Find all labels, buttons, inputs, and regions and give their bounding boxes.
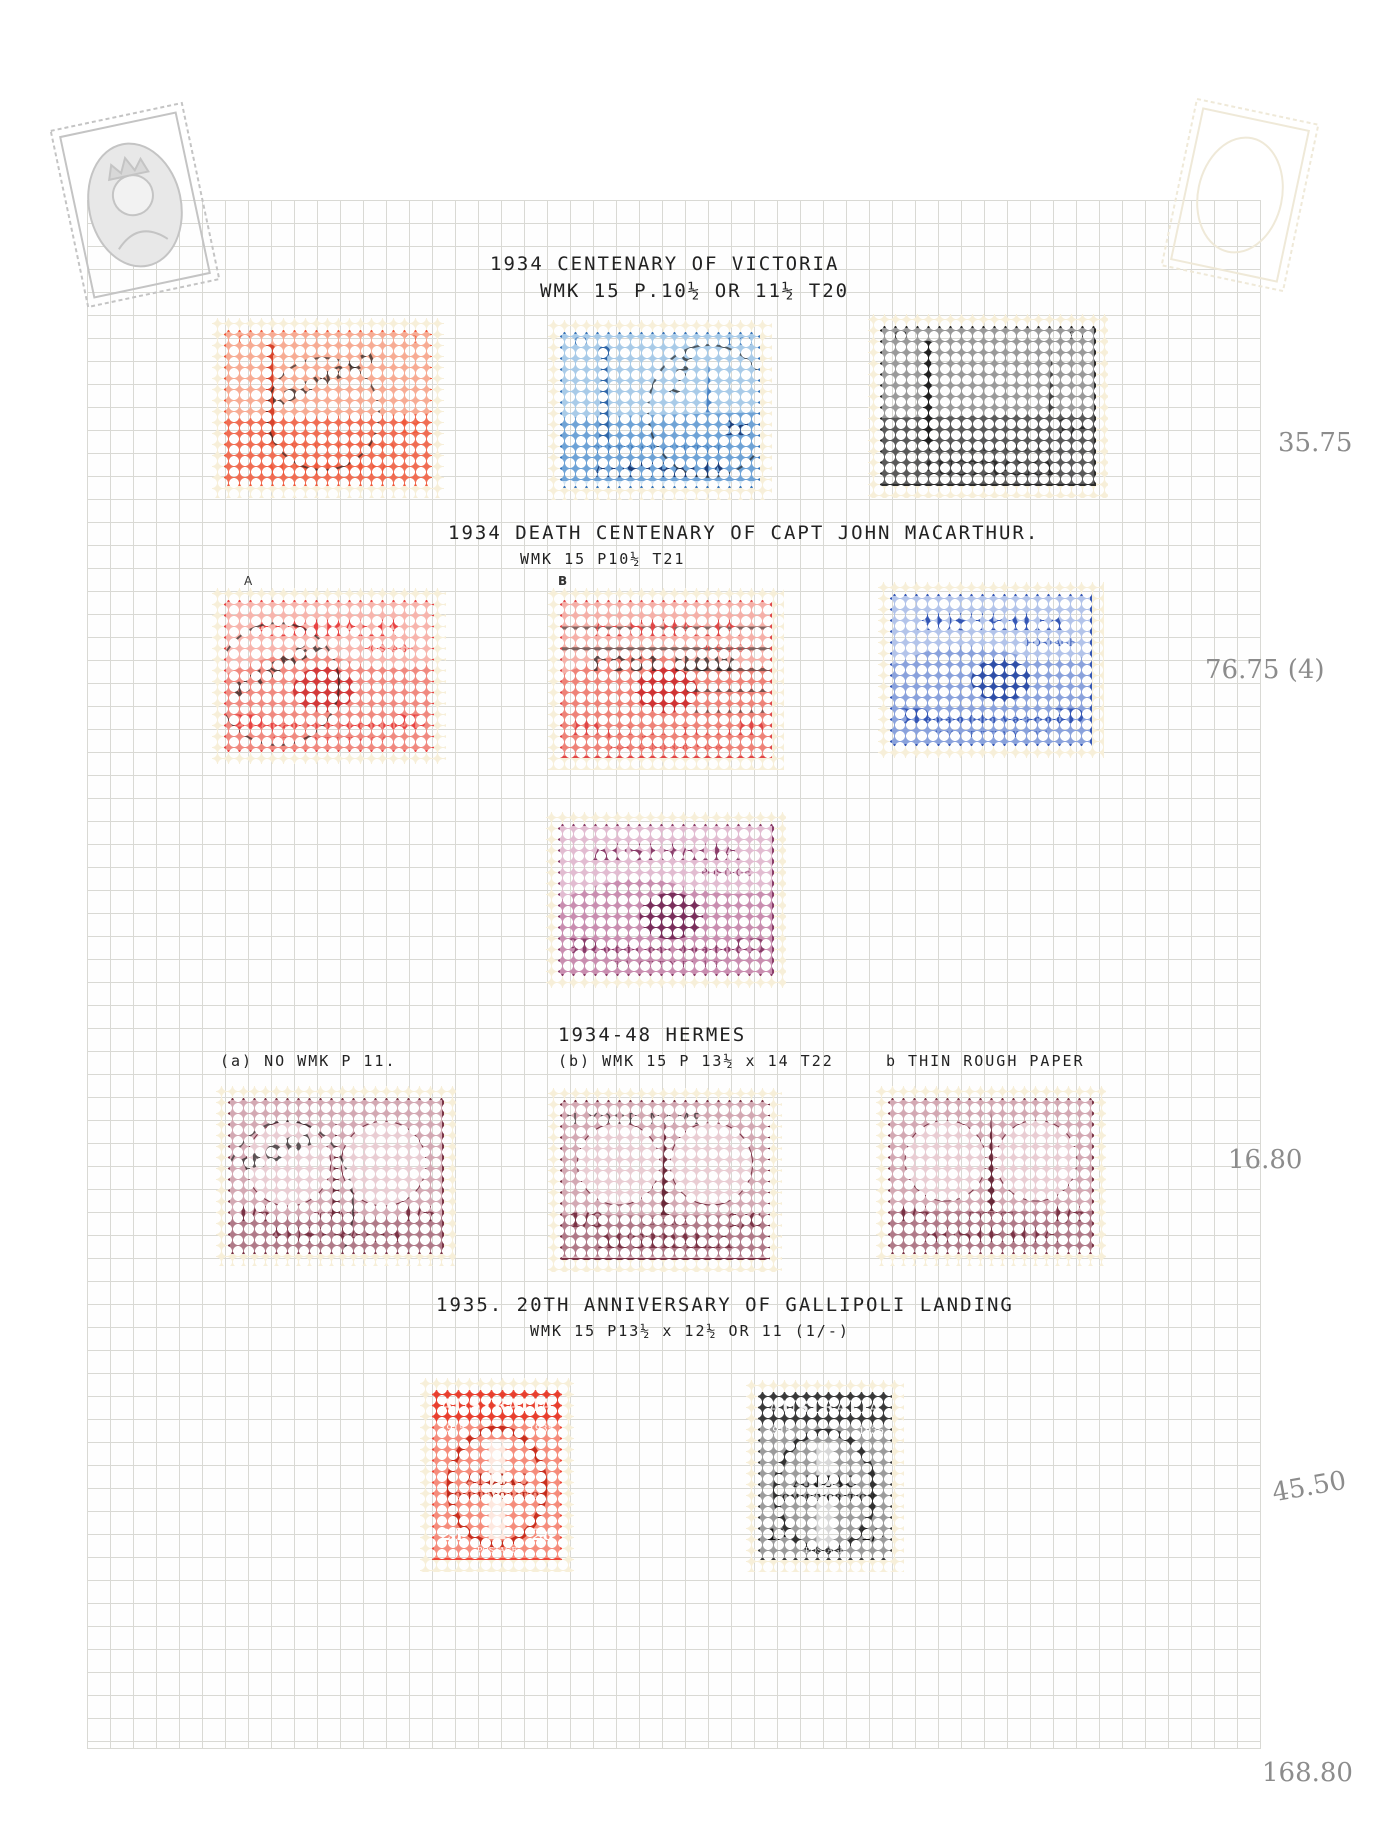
stamp-year-left: 1834 <box>232 335 257 346</box>
stamp-value-right: 1/6 <box>401 1202 436 1226</box>
stamp-country: AUSTRALIA <box>562 1229 768 1253</box>
stamp-year-right: 1934 <box>727 337 752 348</box>
stamp-value-left: 1/6 <box>568 1208 603 1232</box>
stamp-value-left: 2d <box>440 1525 462 1544</box>
variety-label-a: A <box>244 574 252 588</box>
stamp-country: AUSTRALIA <box>434 1396 560 1416</box>
embossed-queen-stamp-faint-icon <box>1150 90 1330 300</box>
stamp-macarthur-9d: AUSTRALIA POSTAGE Captain John Macarthur… <box>546 812 786 988</box>
stamp-centenary: 1834 • CENTENARY • 1934 <box>560 960 772 969</box>
stamp-macarthur-2d-a: AUSTRALIA POSTAGE Captain John Macarthur… <box>212 588 446 764</box>
stamp-year-right: 1934 <box>399 335 424 346</box>
stamp-victoria-1s: 1834 1934 CENTENARY of VICTORIA AUSTRALI… <box>868 314 1108 498</box>
stamp-value-right: 1/6 <box>727 1208 762 1232</box>
stamp-inscription: ANZAC <box>760 1472 890 1491</box>
stamp-year-left: 1834 <box>888 331 913 342</box>
stamp-value-left: 3D <box>898 704 929 728</box>
stamp-country: AUSTRALIA <box>760 1398 890 1418</box>
stamp-value-right: 1/6 <box>1051 1202 1086 1226</box>
price-note: 16.80 <box>1228 1145 1302 1175</box>
embossed-queen-stamp-icon <box>40 95 230 315</box>
stamp-value-right: 2d <box>532 1525 554 1544</box>
hermes-note-thin-paper: b THIN ROUGH PAPER <box>886 1052 1085 1070</box>
section-subheading: WMK 15 P.10½ OR 11½ T20 <box>540 280 849 302</box>
price-note: 35.75 <box>1278 428 1352 458</box>
hermes-note-a: (a) NO WMK P 11. <box>220 1052 397 1070</box>
stamp-victoria-3d: 1834 1934 CENTENARY of VICTORIA AUSTRALI… <box>548 320 772 500</box>
stamp-hermes-thin-paper: POSTAGE AUSTRALIA 1/6 1/6 <box>876 1086 1106 1266</box>
section-subheading: WMK 15 P13½ x 12½ OR 11 (1/-) <box>530 1322 850 1340</box>
stamp-value: 1/- <box>1056 414 1086 438</box>
stamp-inscription-2: COMMEMORATION <box>760 1494 890 1504</box>
stamp-inscription: CENTENARY of VICTORIA <box>882 443 1094 454</box>
postmark-text: N YOUR NAME <box>566 1110 705 1128</box>
stamp-postage: POSTAGE <box>1012 638 1090 649</box>
section-heading: 1934-48 HERMES <box>558 1024 746 1046</box>
stamp-postage: POSTAGE <box>680 868 772 879</box>
stamp-value-right: 9D <box>735 934 766 958</box>
stamp-hermes-a: POSTAGE AUSTRALIA 1/6 1/6 MOBI <box>216 1086 456 1266</box>
stamp-year-left: 1915 <box>766 1426 791 1437</box>
stamp-centenary: 1834 • CENTENARY • 1934 <box>892 730 1090 739</box>
stamp-country: AUSTRALIA <box>892 610 1090 636</box>
hermes-note-b: (b) WMK 15 P 13½ x 14 T22 <box>558 1052 834 1070</box>
stamp-inscription: ANZAC <box>434 1470 560 1489</box>
stamp-anzac-2d: AUSTRALIA 1915 1935 ANZAC COMMEMORATION … <box>420 1378 574 1572</box>
section-heading: 1934 DEATH CENTENARY OF CAPT JOHN MACART… <box>448 522 1039 544</box>
stamp-year-right: 1935 <box>529 1424 554 1435</box>
postmark-text: POST NOW <box>592 652 738 676</box>
stamp-country: AUSTRALIA <box>882 456 1094 480</box>
stamp-country: AUSTRALIA <box>560 840 772 866</box>
stamp-year-left: 1915 <box>440 1424 465 1435</box>
price-note: 45.50 <box>1270 1466 1349 1508</box>
stamp-inscription-2: COMMEMORATION <box>434 1492 560 1502</box>
stamp-hermes-b: POSTAGE AUSTRALIA 1/6 1/6 N YOUR NAME <box>548 1088 782 1272</box>
stamp-value-right: 2D <box>733 716 764 740</box>
total-price-note: 168.80 <box>1262 1758 1353 1788</box>
stamp-victoria-2d: 1834 1934 CENTENARY of VICTORIA AUSTRALI… <box>212 318 444 498</box>
section-heading: 1935. 20TH ANNIVERSARY OF GALLIPOLI LAND… <box>436 1294 1014 1316</box>
stamp-value: 2d <box>394 414 422 438</box>
stamp-postage: POSTAGE <box>760 1546 890 1555</box>
stamp-postage: POSTAGE <box>346 644 432 655</box>
stamp-value-right: 3D <box>1053 704 1084 728</box>
price-note: 76.75 (4) <box>1205 655 1325 685</box>
stamp-country: AUSTRALIA <box>890 1223 1092 1247</box>
section-subheading: WMK 15 P10½ T21 <box>520 550 685 568</box>
section-heading: 1934 CENTENARY OF VICTORIA <box>490 253 839 275</box>
stamp-value-right: 1/- <box>860 1525 884 1544</box>
stamp-value-left: 9D <box>566 934 597 958</box>
stamp-value-left: 1/6 <box>896 1202 931 1226</box>
stamp-macarthur-3d: AUSTRALIA POSTAGE Captain John Macarthur… <box>878 582 1104 758</box>
stamp-postage: POSTAGE <box>434 1546 560 1555</box>
stamp-year-left: 1834 <box>568 337 593 348</box>
stamp-anzac-1s: AUSTRALIA 1915 1935 ANZAC COMMEMORATION … <box>746 1380 904 1572</box>
stamp-year-right: 1934 <box>1063 331 1088 342</box>
stamp-value-left: 2D <box>568 716 599 740</box>
stamp-centenary: 1834 • CENTENARY • 1934 <box>562 742 770 751</box>
stamp-country: AUSTRALIA <box>562 616 770 642</box>
stamp-value-left: 1/- <box>766 1525 790 1544</box>
stamp-year-right: 1935 <box>859 1426 884 1437</box>
stamp-value-right: 2D <box>395 710 426 734</box>
stamp-macarthur-2d-b: AUSTRALIA POSTAGE Captain John Macarthur… <box>548 588 784 770</box>
variety-label-b: B <box>558 574 567 588</box>
